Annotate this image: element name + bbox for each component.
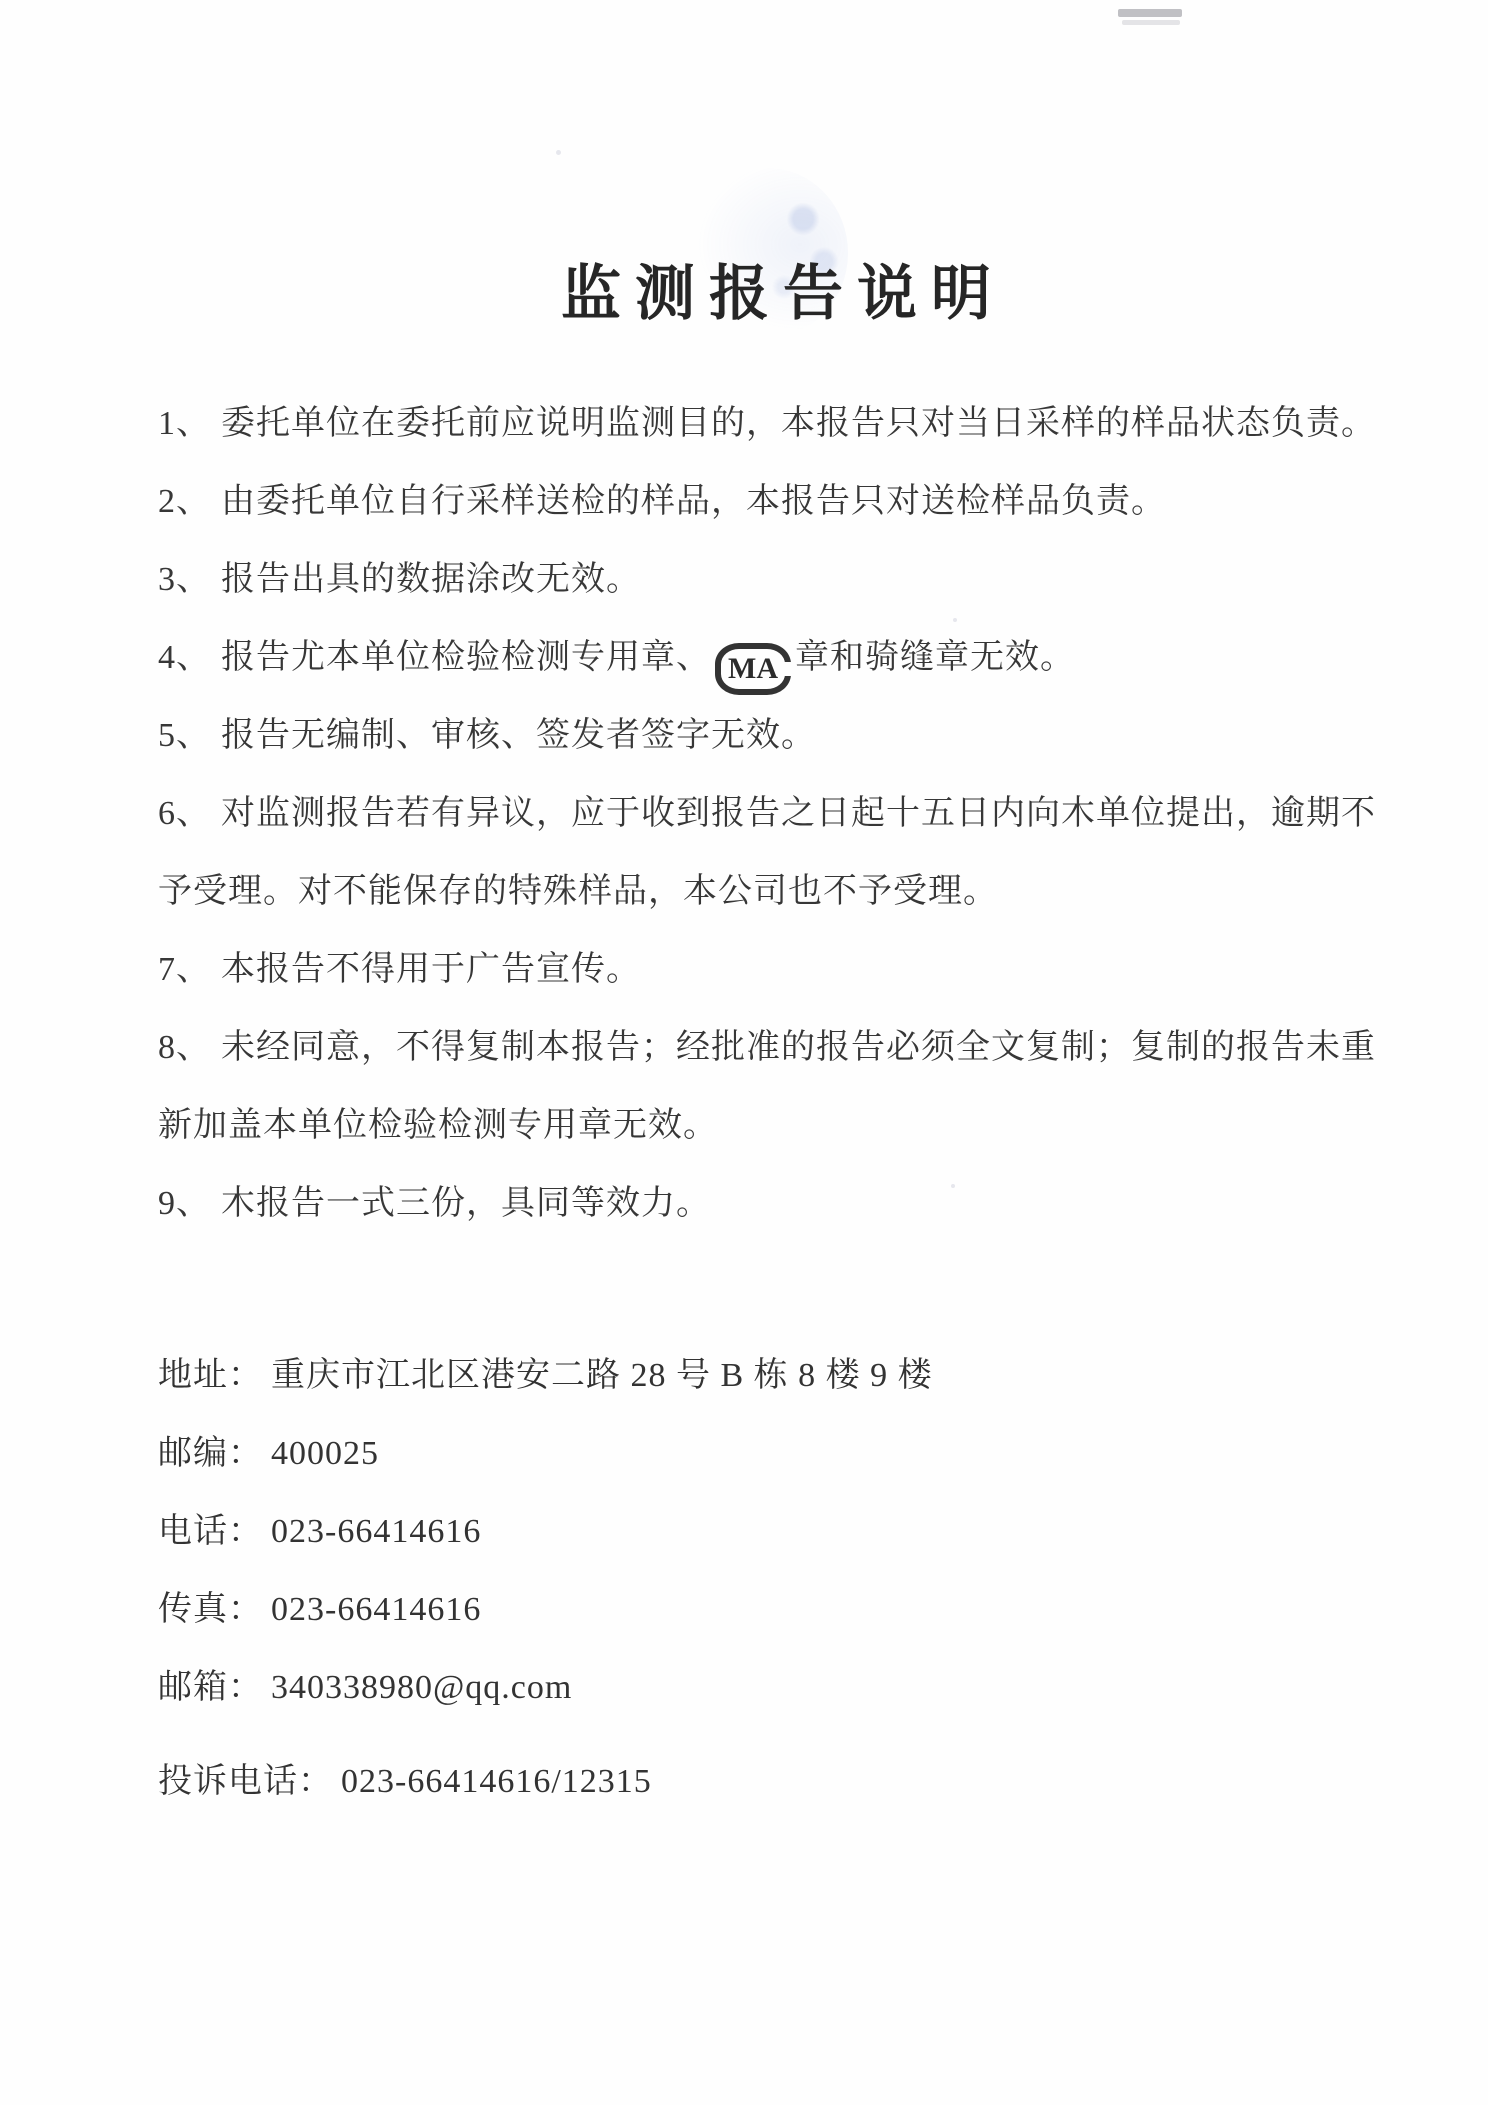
contact-info: 地址：重庆市江北区港安二路 28 号 B 栋 8 楼 9 楼 邮编：400025… <box>158 1337 1408 1821</box>
note-item-9: 9、木报告一式三份，具同等效力。 <box>158 1165 1408 1243</box>
contact-label: 电话： <box>158 1513 263 1550</box>
item-text: 章和骑缝章无效。 <box>795 639 1075 676</box>
scanned-report-page: 监测报告说明 1、委托单位在委托前应说明监测目的，本报告只对当日采样的样品状态负… <box>0 0 1488 2105</box>
item-text-continued: 予受理。对不能保存的特殊样品，本公司也不予受理。 <box>158 853 1408 931</box>
cma-mark-icon: MA <box>715 643 791 695</box>
item-number: 9、 <box>158 1185 211 1222</box>
item-text: 报告无编制、审核、签发者签字无效。 <box>221 717 816 754</box>
scan-smudge-icon <box>1118 9 1182 17</box>
contact-value: 023-66414616 <box>271 1591 481 1628</box>
item-text: 委托单位在委托前应说明监测目的，本报告只对当日采样的样品状态负责。 <box>221 405 1376 442</box>
contact-email: 邮箱：340338980@qq.com <box>158 1649 1408 1727</box>
document-content: 监测报告说明 1、委托单位在委托前应说明监测目的，本报告只对当日采样的样品状态负… <box>158 248 1408 1821</box>
item-text: 木报告一式三份，具同等效力。 <box>221 1185 711 1222</box>
contact-value: 023-66414616 <box>271 1513 481 1550</box>
cma-mark-letters: MA <box>728 630 778 708</box>
note-item-8: 8、未经同意，不得复制本报告；经批准的报告必须全文复制；复制的报告未重新加盖本单… <box>158 1009 1408 1165</box>
item-text: 报告出具的数据涂改无效。 <box>221 561 641 598</box>
contact-postcode: 邮编：400025 <box>158 1415 1408 1493</box>
contact-address: 地址：重庆市江北区港安二路 28 号 B 栋 8 楼 9 楼 <box>158 1337 1408 1415</box>
contact-value: 400025 <box>271 1435 379 1472</box>
contact-label: 传真： <box>158 1591 263 1628</box>
item-number: 4、 <box>158 639 211 676</box>
contact-value: 重庆市江北区港安二路 28 号 B 栋 8 楼 9 楼 <box>271 1357 933 1394</box>
item-number: 2、 <box>158 483 211 520</box>
item-text: 未经同意，不得复制本报告；经批准的报告必须全文复制；复制的报告未重 <box>221 1029 1376 1066</box>
contact-label: 邮编： <box>158 1435 263 1472</box>
scan-speckle <box>556 150 561 155</box>
note-item-3: 3、报告出具的数据涂改无效。 <box>158 541 1408 619</box>
contact-label: 投诉电话： <box>158 1763 333 1800</box>
item-text: 本报告不得用于广告宣传。 <box>221 951 641 988</box>
note-item-5: 5、报告无编制、审核、签发者签字无效。 <box>158 697 1408 775</box>
contact-label: 地址： <box>158 1357 263 1394</box>
item-number: 3、 <box>158 561 211 598</box>
item-number: 7、 <box>158 951 211 988</box>
item-text-continued: 新加盖本单位检验检测专用章无效。 <box>158 1087 1408 1165</box>
page-title: 监测报告说明 <box>158 248 1408 340</box>
contact-complaint-phone: 投诉电话：023-66414616/12315 <box>158 1743 1408 1821</box>
item-number: 5、 <box>158 717 211 754</box>
note-item-6: 6、对监测报告若有异议，应于收到报告之日起十五日内向木单位提出，逾期不予受理。对… <box>158 775 1408 931</box>
item-number: 8、 <box>158 1029 211 1066</box>
contact-value: 340338980@qq.com <box>271 1669 572 1706</box>
note-item-7: 7、本报告不得用于广告宣传。 <box>158 931 1408 1009</box>
item-number: 6、 <box>158 795 211 832</box>
contact-label: 邮箱： <box>158 1669 263 1706</box>
contact-fax: 传真：023-66414616 <box>158 1571 1408 1649</box>
contact-value: 023-66414616/12315 <box>341 1763 652 1800</box>
note-item-1: 1、委托单位在委托前应说明监测目的，本报告只对当日采样的样品状态负责。 <box>158 385 1408 463</box>
contact-phone: 电话：023-66414616 <box>158 1493 1408 1571</box>
item-number: 1、 <box>158 405 211 442</box>
item-text: 由委托单位自行采样送检的样品，本报告只对送检样品负责。 <box>221 483 1166 520</box>
item-text: 对监测报告若有异议，应于收到报告之日起十五日内向木单位提出，逾期不 <box>221 795 1376 832</box>
scan-smudge-icon <box>1122 20 1180 25</box>
note-item-4: 4、报告尤本单位检验检测专用章、MA章和骑缝章无效。 <box>158 619 1408 697</box>
item-text: 报告尤本单位检验检测专用章、 <box>221 639 711 676</box>
notes-list: 1、委托单位在委托前应说明监测目的，本报告只对当日采样的样品状态负责。 2、由委… <box>158 385 1408 1243</box>
note-item-2: 2、由委托单位自行采样送检的样品，本报告只对送检样品负责。 <box>158 463 1408 541</box>
